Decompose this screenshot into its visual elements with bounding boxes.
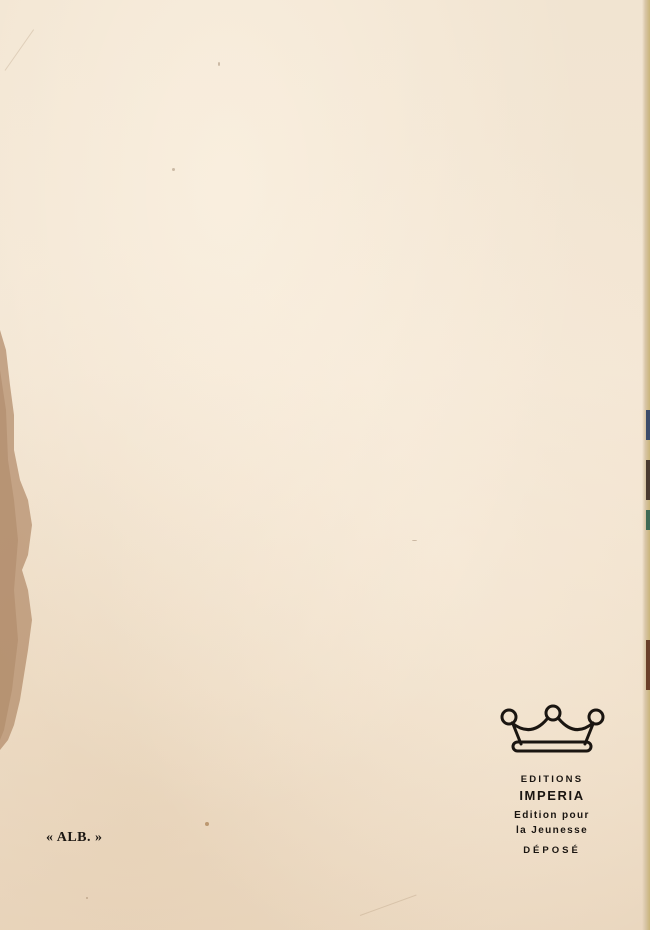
imprint-publisher-name: IMPERIA — [494, 788, 610, 803]
catalog-mark: « ALB. » — [46, 830, 103, 846]
paper-crease — [5, 29, 34, 71]
page-edge-color-strip — [646, 410, 650, 440]
imprint-la-jeunesse: la Jeunesse — [494, 825, 610, 836]
imprint-depose: DÉPOSÉ — [494, 845, 610, 856]
paper-speck — [218, 62, 220, 66]
back-cover-page: « ALB. » EDITIONS IMPERIA Edition pour l… — [0, 0, 650, 930]
crown-icon — [497, 700, 607, 756]
water-stain — [0, 330, 36, 750]
page-edge-color-strip — [646, 640, 650, 690]
paper-crease — [360, 895, 417, 916]
imprint-edition-pour: Edition pour — [494, 810, 610, 821]
publisher-imprint: EDITIONS IMPERIA Edition pour la Jeuness… — [494, 700, 610, 856]
paper-speck — [172, 168, 175, 171]
page-edge-color-strip — [646, 460, 650, 500]
page-edge-color-strip — [646, 510, 650, 530]
paper-speck — [412, 540, 417, 541]
paper-speck — [205, 822, 209, 826]
imprint-editions: EDITIONS — [494, 774, 610, 785]
paper-speck — [86, 897, 88, 899]
